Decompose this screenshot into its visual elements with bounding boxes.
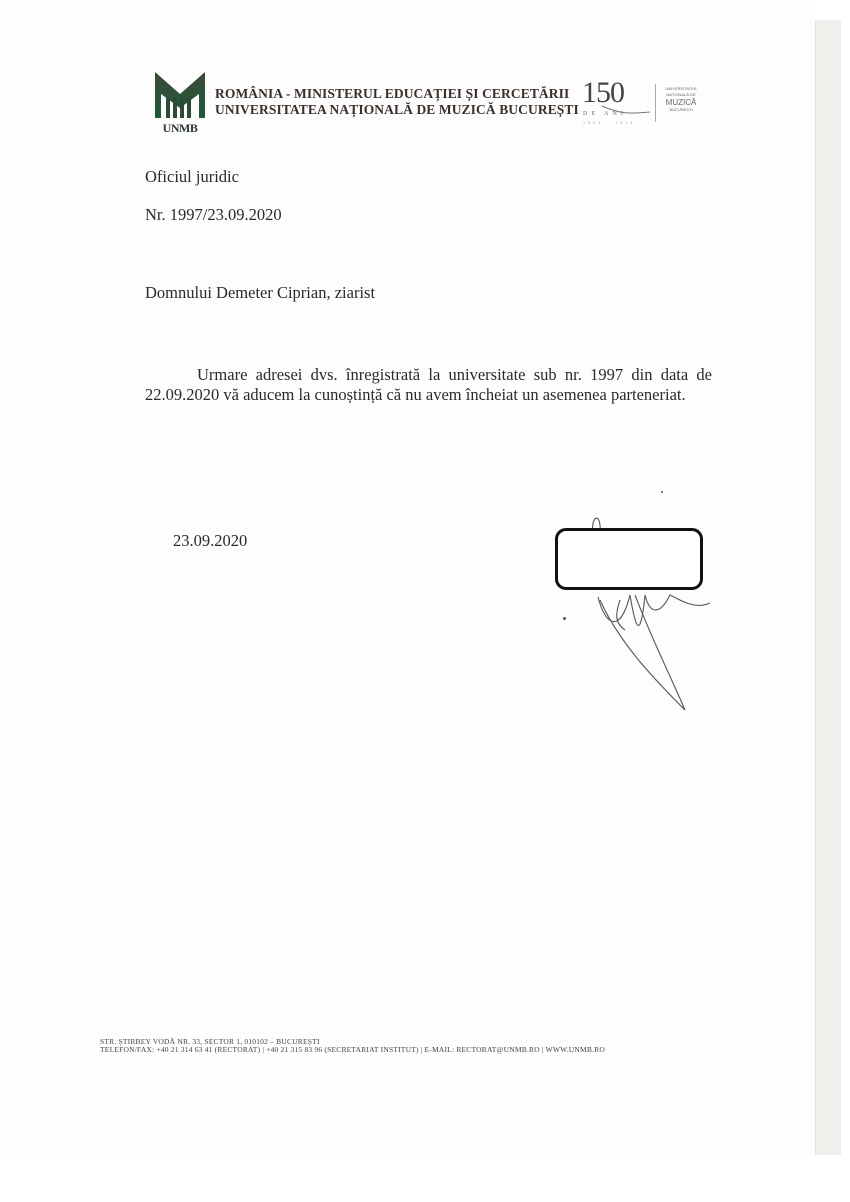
anniversary-years: 1864 - 2014	[583, 120, 635, 125]
redacted-name-box	[555, 528, 703, 590]
scan-edge	[815, 20, 841, 1155]
anniversary-label: DE ANI	[583, 111, 627, 117]
mini-logo-main: MUZICĂ	[660, 98, 702, 107]
university-mini-logo: UNIVERSITATEA NAȚIONALĂ DE MUZICĂ BUCURE…	[660, 86, 702, 113]
institution-header: ROMÂNIA - MINISTERUL EDUCAȚIEI ȘI CERCET…	[215, 86, 579, 118]
scan-speck	[563, 617, 566, 620]
office-label: Oficiul juridic	[145, 167, 239, 187]
scan-speck	[661, 491, 663, 493]
header-divider	[655, 84, 656, 122]
mini-logo-bottom: BUCUREȘTI	[660, 107, 702, 113]
mini-logo-top: UNIVERSITATEA NAȚIONALĂ DE	[660, 86, 702, 98]
ministry-line: ROMÂNIA - MINISTERUL EDUCAȚIEI ȘI CERCET…	[215, 86, 579, 102]
letterhead-footer: STR. ȘTIRBEY VODĂ NR. 33, SECTOR 1, 0101…	[100, 1038, 605, 1054]
letter-body-text: Urmare adresei dvs. înregistrată la univ…	[145, 365, 712, 404]
footer-contact: TELEFON/FAX: +40 21 314 63 41 (RECTORAT)…	[100, 1046, 605, 1054]
logo-text: UNMB	[153, 121, 207, 136]
university-line: UNIVERSITATEA NAȚIONALĂ DE MUZICĂ BUCURE…	[215, 102, 579, 118]
letter-body: Urmare adresei dvs. înregistrată la univ…	[145, 365, 712, 405]
addressee: Domnului Demeter Ciprian, ziarist	[145, 283, 375, 303]
letter-date: 23.09.2020	[173, 531, 247, 551]
reference-number: Nr. 1997/23.09.2020	[145, 205, 282, 225]
